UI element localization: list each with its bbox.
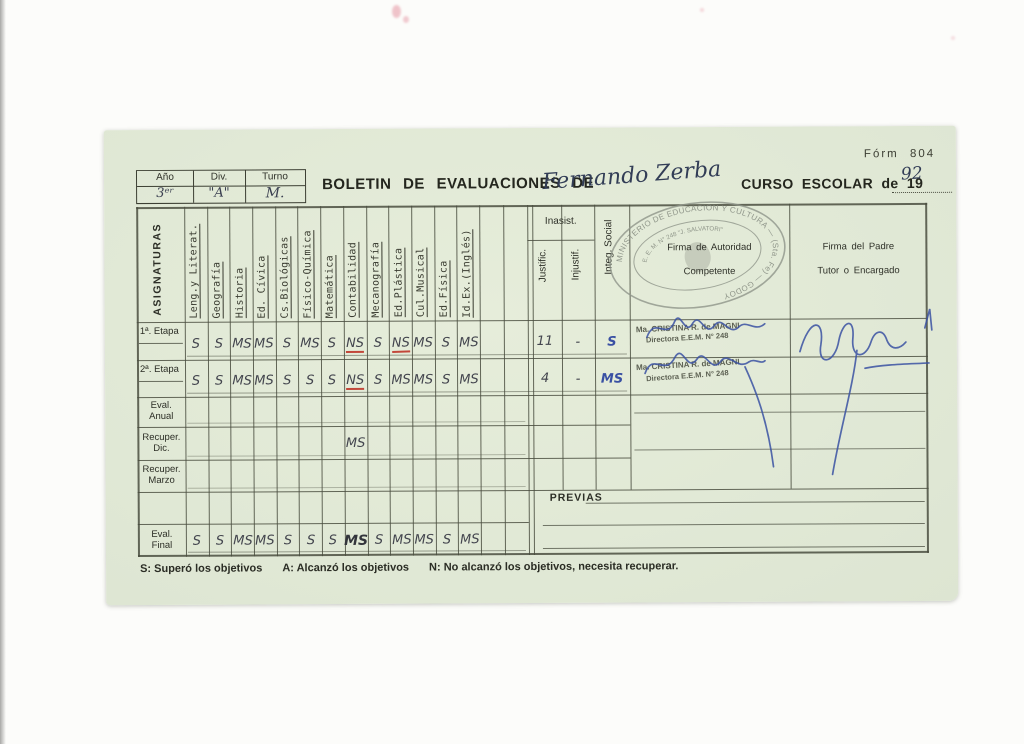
grade-value: S xyxy=(442,372,451,387)
ano-value: 3ᵉʳ xyxy=(137,186,193,202)
subject-header-12: Ed.Física xyxy=(438,261,449,318)
grade-value: MS xyxy=(460,532,480,548)
justific-value: 11 xyxy=(532,335,558,349)
grade-value: S xyxy=(374,533,383,548)
scan-smudge xyxy=(951,36,955,40)
grade-value: S xyxy=(193,534,202,549)
justific-value: 4 xyxy=(532,372,558,386)
grade-value: S xyxy=(441,335,450,350)
subject-header-11: Cul.Musical xyxy=(416,248,427,318)
turno-value: M. xyxy=(245,185,305,201)
div-label: Div. xyxy=(193,171,245,185)
subject-header-5: Cs.Biológicas xyxy=(279,236,290,318)
ano-label: Año xyxy=(137,172,193,186)
grade-value: S xyxy=(329,533,338,548)
grade-value: MS xyxy=(346,436,366,451)
grade-value: S xyxy=(192,374,201,389)
grade-cell: MS xyxy=(343,437,369,451)
grading-legend: S: Superó los objetivosA: Alcanzó los ob… xyxy=(140,560,698,575)
scan-smudge xyxy=(392,5,401,18)
grade-value: MS xyxy=(300,336,320,352)
turno-label: Turno xyxy=(245,171,305,185)
year-dotted-line xyxy=(892,192,952,193)
grid-line xyxy=(138,522,529,525)
form-number: Fórm 804 xyxy=(864,148,935,160)
grade-value: MS xyxy=(344,533,368,549)
grade-value: S xyxy=(283,336,291,351)
grade-value: S xyxy=(216,534,224,549)
subject-header-3: Historia xyxy=(234,268,245,319)
grade-value: MS xyxy=(233,533,253,549)
grade-value: MS xyxy=(458,335,478,351)
grade-value: S xyxy=(192,337,201,352)
subject-header-4: Ed. Cívica xyxy=(257,255,268,318)
grade-value: S xyxy=(306,533,315,548)
grade-value: MS xyxy=(413,336,433,351)
grade-cell: MS xyxy=(455,336,482,351)
scanned-report-card: Fórm 804 Año Div. Turno 3ᵉʳ "A" M. BOLET… xyxy=(0,0,1024,744)
grid-line xyxy=(187,421,525,424)
grade-value: S xyxy=(328,373,337,388)
scanner-edge-shadow xyxy=(0,0,6,744)
grid-line xyxy=(543,546,925,549)
integ-social-value: S xyxy=(599,336,625,350)
grade-value: S xyxy=(443,532,452,547)
grade-value: MS xyxy=(391,532,411,548)
subject-header-6: Físico-Química xyxy=(302,230,313,319)
grade-value: S xyxy=(215,337,223,352)
legend-n: N: No alcanzó los objetivos, necesita re… xyxy=(429,560,678,573)
integ-social-value: MS xyxy=(599,373,625,387)
grid-line xyxy=(634,448,925,451)
grade-value: NS xyxy=(391,335,410,353)
grade-value: MS xyxy=(414,373,434,388)
grid-line xyxy=(137,457,630,461)
subject-header-10: Ed.Plástica xyxy=(393,248,404,318)
row-label: Recuper. Dic. xyxy=(137,431,185,453)
grid-line xyxy=(634,411,925,414)
firma-padre-line2: Tutor o Encargado xyxy=(789,265,927,277)
justific-header: Justific. xyxy=(537,249,548,282)
grade-value: MS xyxy=(459,372,479,388)
legend-a: A: Alcanzó los objetivos xyxy=(282,562,409,575)
grade-value: MS xyxy=(414,533,434,548)
grade-value: MS xyxy=(255,533,275,549)
grid-line xyxy=(188,486,526,489)
legend-s: S: Superó los objetivos xyxy=(140,562,262,575)
grade-value: NS xyxy=(346,336,364,353)
grade-value: S xyxy=(284,533,292,548)
subject-header-1: Leng.y Literat. xyxy=(189,224,200,319)
firma-autoridad-line1: Firma de Autoridad xyxy=(629,242,789,254)
grade-value: S xyxy=(374,373,383,388)
grade-cell: MS xyxy=(456,533,483,548)
grade-value: MS xyxy=(232,373,252,389)
subject-header-9: Mecanografía xyxy=(370,242,381,318)
grid-line xyxy=(139,381,183,382)
grade-value: S xyxy=(373,336,382,351)
injustif-header: Injustif. xyxy=(570,249,581,281)
firma-padre-line1: Firma del Padre xyxy=(789,241,927,253)
subject-header-2: Geografía xyxy=(211,262,222,319)
grid-line xyxy=(139,343,183,344)
grid-line xyxy=(586,501,925,504)
report-card-paper: Fórm 804 Año Div. Turno 3ᵉʳ "A" M. BOLET… xyxy=(104,126,958,605)
grid-line xyxy=(187,454,525,457)
grid-line xyxy=(137,424,630,428)
grid-line xyxy=(503,205,506,555)
evaluation-table: ASIGNATURAS Inasist. Justific. Injustif.… xyxy=(136,203,929,557)
grade-value: S xyxy=(283,373,291,388)
scan-smudge xyxy=(700,8,704,12)
grid-line xyxy=(527,240,594,241)
row-label: 1ª. Etapa xyxy=(140,326,179,337)
injustif-value: - xyxy=(565,336,591,350)
subject-header-7: Matemática xyxy=(325,255,336,318)
grade-value: MS xyxy=(254,336,274,352)
grade-value: MS xyxy=(254,373,274,389)
year-division-shift-table: Año Div. Turno 3ᵉʳ "A" M. xyxy=(136,169,306,204)
subject-header-8: Contabilidad xyxy=(348,242,359,318)
row-label: Recuper. Marzo xyxy=(138,464,186,486)
injustif-value: - xyxy=(565,373,591,387)
grade-value: MS xyxy=(232,336,252,352)
grid-line xyxy=(594,205,596,490)
grade-value: S xyxy=(328,336,337,351)
subject-header-13: Id.Ex.(Inglés) xyxy=(461,229,472,318)
grade-value: S xyxy=(306,373,315,388)
row-label: 2ª. Etapa xyxy=(140,364,179,375)
asignaturas-header: ASIGNATURAS xyxy=(151,223,163,316)
grid-line xyxy=(925,203,929,553)
grade-value: NS xyxy=(346,373,364,390)
school-year-handwritten: 92 xyxy=(900,163,923,184)
grade-value: MS xyxy=(391,372,411,388)
grid-line xyxy=(561,205,563,490)
row-label: Eval. Final xyxy=(138,528,186,550)
grid-line xyxy=(543,523,925,526)
grid-line xyxy=(527,205,530,555)
grade-value: S xyxy=(215,374,223,389)
scan-smudge xyxy=(403,16,409,23)
row-label: Eval. Anual xyxy=(137,400,185,422)
firma-autoridad-line2: Competente xyxy=(629,266,789,278)
student-name-handwritten: Fernando Zerba xyxy=(541,157,722,195)
div-value: "A" xyxy=(193,185,245,201)
grade-cell: MS xyxy=(455,373,482,388)
